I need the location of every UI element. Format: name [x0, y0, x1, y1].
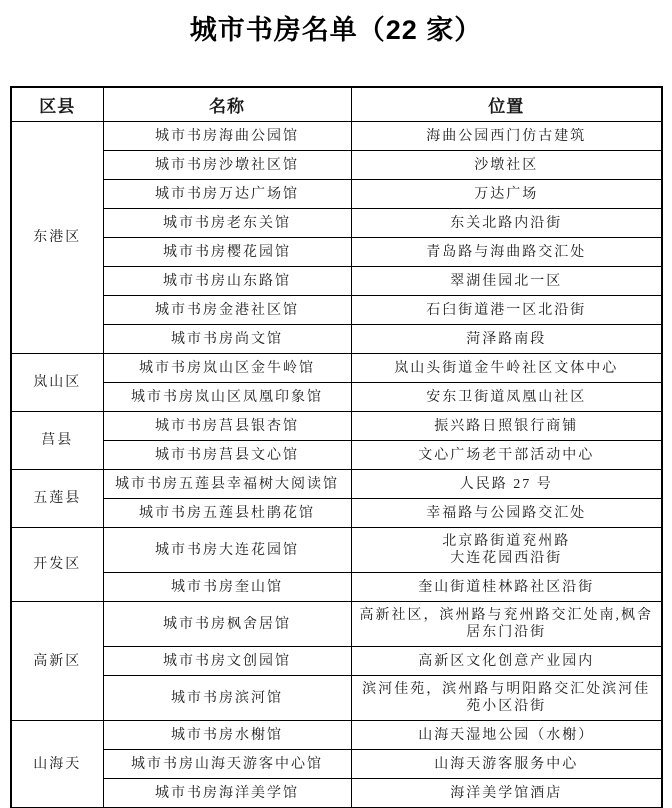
district-cell: 五莲县 [11, 470, 103, 528]
table-row: 城市书房五莲县杜鹃花馆幸福路与公园路交汇处 [11, 499, 662, 528]
study-room-name: 城市书房尚文馆 [103, 325, 351, 354]
study-room-location: 人民路 27 号 [351, 470, 662, 499]
district-cell: 东港区 [11, 122, 103, 354]
table-row: 城市书房滨河馆滨河佳苑，滨州路与明阳路交汇处滨河佳苑小区沿街 [11, 676, 662, 721]
study-room-name: 城市书房老东关馆 [103, 209, 351, 238]
study-room-name: 城市书房水榭馆 [103, 721, 351, 750]
page-title: 城市书房名单（22 家） [0, 0, 672, 47]
table-row: 城市书房莒县文心馆文心广场老干部活动中心 [11, 441, 662, 470]
study-room-location: 青岛路与海曲路交汇处 [351, 238, 662, 267]
study-room-location: 文心广场老干部活动中心 [351, 441, 662, 470]
study-room-location: 菏泽路南段 [351, 325, 662, 354]
header-row: 区县 名称 位置 [11, 87, 662, 122]
study-room-location: 石臼街道港一区北沿街 [351, 296, 662, 325]
study-room-name: 城市书房万达广场馆 [103, 180, 351, 209]
study-room-location: 翠湖佳园北一区 [351, 267, 662, 296]
study-room-location: 振兴路日照银行商铺 [351, 412, 662, 441]
study-room-name: 城市书房五莲县杜鹃花馆 [103, 499, 351, 528]
study-room-location: 北京路街道兖州路 大连花园西沿街 [351, 528, 662, 573]
study-room-name: 城市书房文创园馆 [103, 647, 351, 676]
district-cell: 山海天 [11, 721, 103, 808]
table-row: 城市书房金港社区馆石臼街道港一区北沿街 [11, 296, 662, 325]
study-room-name: 城市书房奎山馆 [103, 573, 351, 602]
table-row: 城市书房万达广场馆万达广场 [11, 180, 662, 209]
district-cell: 岚山区 [11, 354, 103, 412]
study-room-location: 东关北路内沿街 [351, 209, 662, 238]
header-name: 名称 [103, 87, 351, 122]
study-room-name: 城市书房五莲县幸福树大阅读馆 [103, 470, 351, 499]
study-room-name: 城市书房海洋美学馆 [103, 779, 351, 808]
table-body: 东港区城市书房海曲公园馆海曲公园西门仿古建筑城市书房沙墩社区馆沙墩社区城市书房万… [11, 122, 662, 808]
study-room-name: 城市书房樱花园馆 [103, 238, 351, 267]
table-row: 城市书房岚山区凤凰印象馆安东卫街道凤凰山社区 [11, 383, 662, 412]
study-room-location: 高新社区，滨州路与兖州路交汇处南,枫舍居东门沿街 [351, 602, 662, 647]
table-row: 城市书房文创园馆高新区文化创意产业园内 [11, 647, 662, 676]
study-room-location: 高新区文化创意产业园内 [351, 647, 662, 676]
study-room-name: 城市书房枫舍居馆 [103, 602, 351, 647]
study-room-name: 城市书房海曲公园馆 [103, 122, 351, 151]
study-room-location: 海曲公园西门仿古建筑 [351, 122, 662, 151]
study-room-name: 城市书房滨河馆 [103, 676, 351, 721]
document-page: 城市书房名单（22 家） 区县 名称 位置 东港区城市书房海曲公园馆海曲公园西门… [0, 0, 672, 808]
study-room-location: 山海天游客服务中心 [351, 750, 662, 779]
study-room-location: 万达广场 [351, 180, 662, 209]
table-row: 城市书房山海天游客中心馆山海天游客服务中心 [11, 750, 662, 779]
table-row: 五莲县城市书房五莲县幸福树大阅读馆人民路 27 号 [11, 470, 662, 499]
district-cell: 高新区 [11, 602, 103, 721]
city-study-rooms-table: 区县 名称 位置 东港区城市书房海曲公园馆海曲公园西门仿古建筑城市书房沙墩社区馆… [10, 86, 663, 808]
table-row: 城市书房奎山馆奎山街道桂林路社区沿街 [11, 573, 662, 602]
study-room-location: 奎山街道桂林路社区沿街 [351, 573, 662, 602]
header-district: 区县 [11, 87, 103, 122]
study-room-name: 城市书房岚山区凤凰印象馆 [103, 383, 351, 412]
table-row: 城市书房沙墩社区馆沙墩社区 [11, 151, 662, 180]
header-location: 位置 [351, 87, 662, 122]
table-row: 东港区城市书房海曲公园馆海曲公园西门仿古建筑 [11, 122, 662, 151]
table-row: 城市书房尚文馆菏泽路南段 [11, 325, 662, 354]
table-row: 岚山区城市书房岚山区金牛岭馆岚山头街道金牛岭社区文体中心 [11, 354, 662, 383]
table-row: 城市书房樱花园馆青岛路与海曲路交汇处 [11, 238, 662, 267]
study-room-location: 滨河佳苑，滨州路与明阳路交汇处滨河佳苑小区沿街 [351, 676, 662, 721]
study-room-name: 城市书房山东路馆 [103, 267, 351, 296]
study-room-name: 城市书房大连花园馆 [103, 528, 351, 573]
study-room-name: 城市书房山海天游客中心馆 [103, 750, 351, 779]
table-row: 城市书房山东路馆翠湖佳园北一区 [11, 267, 662, 296]
table-row: 莒县城市书房莒县银杏馆振兴路日照银行商铺 [11, 412, 662, 441]
study-room-location: 岚山头街道金牛岭社区文体中心 [351, 354, 662, 383]
study-room-location: 安东卫街道凤凰山社区 [351, 383, 662, 412]
table-row: 高新区城市书房枫舍居馆高新社区，滨州路与兖州路交汇处南,枫舍居东门沿街 [11, 602, 662, 647]
table-row: 山海天城市书房水榭馆山海天湿地公园（水榭） [11, 721, 662, 750]
study-room-location: 沙墩社区 [351, 151, 662, 180]
study-room-name: 城市书房莒县文心馆 [103, 441, 351, 470]
table-row: 城市书房海洋美学馆海洋美学馆酒店 [11, 779, 662, 808]
district-cell: 开发区 [11, 528, 103, 602]
study-room-name: 城市书房莒县银杏馆 [103, 412, 351, 441]
table-row: 开发区城市书房大连花园馆北京路街道兖州路 大连花园西沿街 [11, 528, 662, 573]
table-row: 城市书房老东关馆东关北路内沿街 [11, 209, 662, 238]
study-room-location: 海洋美学馆酒店 [351, 779, 662, 808]
study-room-name: 城市书房金港社区馆 [103, 296, 351, 325]
study-room-name: 城市书房岚山区金牛岭馆 [103, 354, 351, 383]
study-room-name: 城市书房沙墩社区馆 [103, 151, 351, 180]
district-cell: 莒县 [11, 412, 103, 470]
study-room-location: 山海天湿地公园（水榭） [351, 721, 662, 750]
study-room-location: 幸福路与公园路交汇处 [351, 499, 662, 528]
